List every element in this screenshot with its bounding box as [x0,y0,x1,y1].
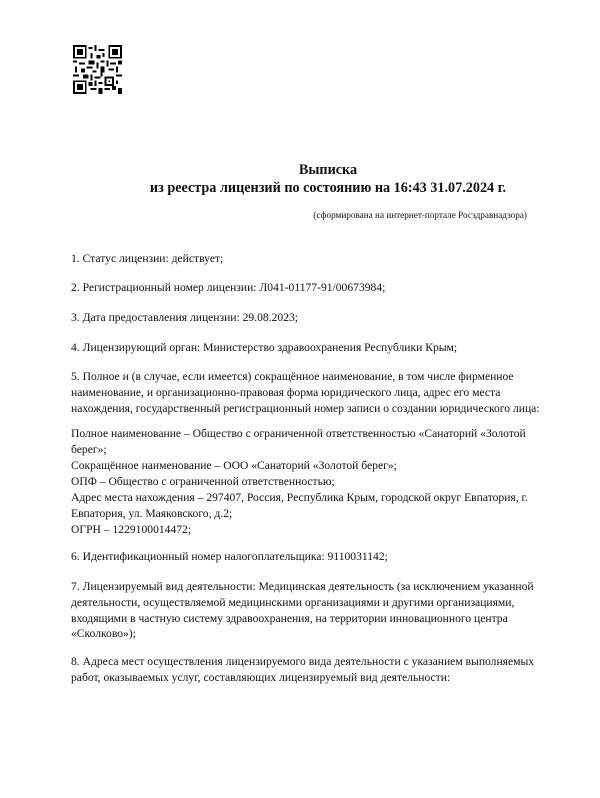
item5-heading: 5. Полное и (в случае, если имеется) сок… [71,369,541,416]
document-title: Выписка [28,162,600,179]
qr-code-icon [73,45,122,94]
licensing-authority: 4. Лицензирующий орган: Министерство здр… [71,340,541,356]
full-name: Полное наименование – Общество с огранич… [71,426,541,458]
source-note: (сформирована на интернет-портале Росздр… [313,210,527,220]
ogrn: ОГРН – 1229100014472; [71,522,541,538]
short-name: Сокращённое наименование – ООО «Санатори… [71,458,541,474]
opf: ОПФ – Общество с ограниченной ответствен… [71,474,541,490]
document-subtitle: из реестра лицензий по состоянию на 16:4… [28,180,600,197]
activity-addresses: 8. Адреса мест осуществления лицензируем… [71,654,541,686]
license-reg-number: 2. Регистрационный номер лицензии: Л041-… [71,280,541,296]
address: Адрес места нахождения – 297407, Россия,… [71,490,541,522]
inn: 6. Идентификационный номер налогоплатель… [71,549,541,565]
licensed-activity: 7. Лицензируемый вид деятельности: Медиц… [71,579,541,642]
license-date: 3. Дата предоставления лицензии: 29.08.2… [71,310,541,326]
license-status: 1. Статус лицензии: действует; [71,251,541,267]
